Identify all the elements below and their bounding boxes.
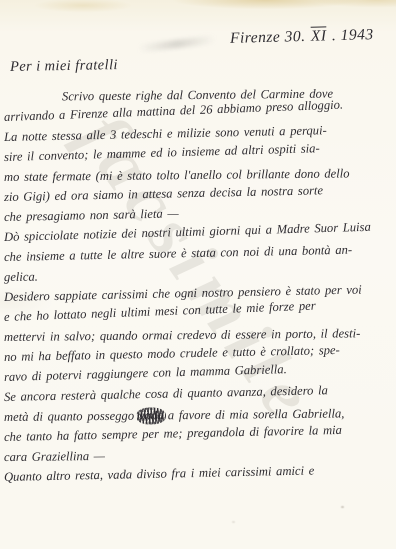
scribbled-out-word: vada bbox=[139, 405, 164, 425]
pencil-smudge bbox=[138, 35, 216, 52]
paper-speck bbox=[341, 506, 344, 508]
letter-body: Scrivo queste righe dal Convento del Car… bbox=[4, 87, 394, 487]
paper-sheet: facsimile Firenze 30. XI . 1943 Per i mi… bbox=[0, 0, 396, 549]
dateline-place-day: Firenze 30. bbox=[230, 28, 306, 47]
dateline-month-roman: XI bbox=[311, 27, 327, 44]
salutation: Per i miei fratelli bbox=[10, 57, 118, 76]
letter-line-segment: metà di quanto posseggo bbox=[4, 409, 139, 424]
dateline-year: . 1943 bbox=[332, 26, 374, 44]
dateline: Firenze 30. XI . 1943 bbox=[230, 26, 374, 48]
paper-speck bbox=[232, 521, 235, 523]
